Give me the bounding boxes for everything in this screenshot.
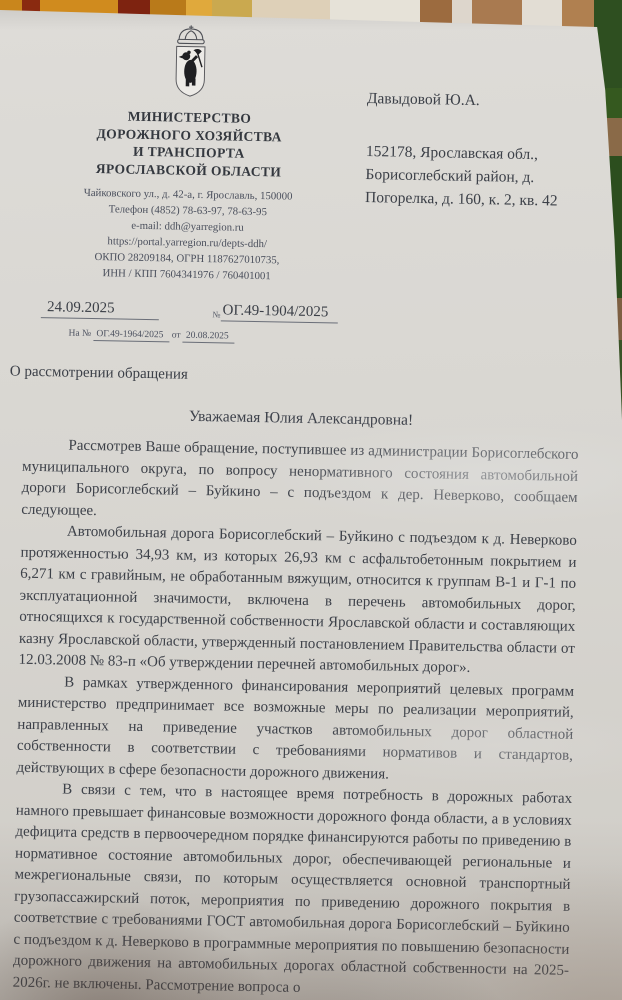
- photographed-letter: МИНИСТЕРСТВО ДОРОЖНОГО ХОЗЯЙСТВА И ТРАНС…: [0, 0, 622, 1000]
- subject-line: О рассмотрении обращения: [10, 364, 580, 391]
- reference-prefix: На №: [68, 329, 91, 339]
- letter-paragraph: Рассмотрев Ваше обращение, поступившее и…: [21, 435, 578, 531]
- ministry-name: МИНИСТЕРСТВО ДОРОЖНОГО ХОЗЯЙСТВА И ТРАНС…: [27, 106, 350, 182]
- letter-paragraph: В связи с тем, что в настоящее время пот…: [12, 779, 572, 1000]
- reference-line: На № ОГ.49-1964/2025 от 20.08.2025: [68, 329, 580, 348]
- letter-paragraph: В рамках утвержденного финансирования ме…: [16, 671, 574, 789]
- reference-number: ОГ.49-1964/2025: [93, 329, 169, 342]
- outgoing-line: 24.09.2025 № ОГ.49-1904/2025: [25, 299, 581, 328]
- yaroslavl-coat-of-arms-icon: [161, 22, 220, 99]
- letter-sheet: МИНИСТЕРСТВО ДОРОЖНОГО ХОЗЯЙСТВА И ТРАНС…: [0, 0, 622, 1000]
- salutation: Уважаемая Юлия Александровна!: [23, 405, 579, 433]
- letter-body: Рассмотрев Ваше обращение, поступившее и…: [12, 435, 578, 1000]
- reference-from-label: от: [172, 330, 181, 340]
- recipient-address-line: Погорелка, д. 160, к. 2, кв. 42: [365, 187, 583, 214]
- outgoing-date: 24.09.2025: [41, 299, 159, 320]
- recipient-block: Давыдовой Ю.А. 152178, Ярославская обл.,…: [363, 88, 585, 291]
- recipient-name: Давыдовой Ю.А.: [367, 88, 585, 115]
- letterhead: МИНИСТЕРСТВО ДОРОЖНОГО ХОЗЯЙСТВА И ТРАНС…: [26, 16, 353, 287]
- reference-date: 20.08.2025: [183, 331, 235, 344]
- outgoing-number: ОГ.49-1904/2025: [220, 302, 338, 323]
- number-sign: №: [212, 309, 220, 321]
- letter-header: МИНИСТЕРСТВО ДОРОЖНОГО ХОЗЯЙСТВА И ТРАНС…: [26, 16, 587, 291]
- contact-block: Чайковского ул., д. 42-а, г. Ярославль, …: [26, 185, 350, 287]
- letter-content: МИНИСТЕРСТВО ДОРОЖНОГО ХОЗЯЙСТВА И ТРАНС…: [0, 15, 622, 1000]
- letter-paragraph: Автомобильная дорога Борисоглебский – Бу…: [18, 521, 577, 682]
